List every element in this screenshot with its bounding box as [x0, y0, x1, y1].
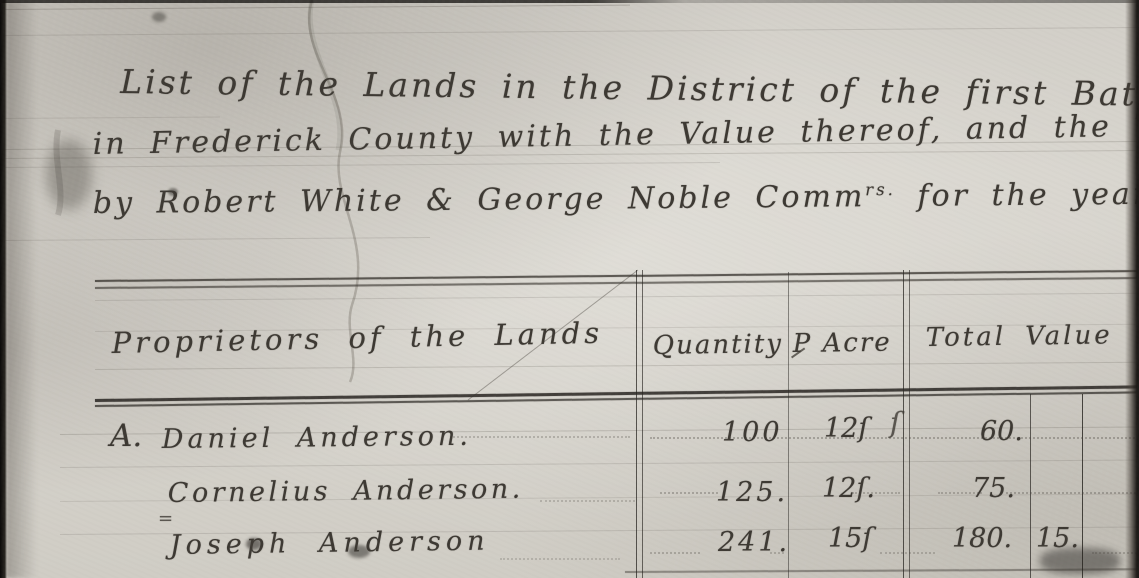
- column-divider-quantity-left: [642, 270, 643, 578]
- document-title-line-3: by Robert White & George Noble Commrs. f…: [93, 176, 1139, 221]
- bottom-row-rule: [625, 568, 1139, 573]
- dotted-leader: [450, 436, 630, 438]
- row-proprietor-name: Joseph Anderson: [170, 526, 490, 561]
- header-proprietors: Proprietors of the Lands: [111, 316, 603, 360]
- row-total-value-pounds: 75.: [972, 473, 1015, 504]
- dotted-leader: [650, 552, 700, 554]
- page-fold-shadow: [6, 0, 48, 578]
- ruled-line: [0, 5, 630, 10]
- ruled-line: [0, 162, 720, 168]
- document-title-line-1: List of the Lands in the District of the…: [120, 62, 1139, 115]
- row-proprietor-name: Daniel Anderson.: [162, 421, 472, 455]
- ink-speck: [152, 12, 166, 22]
- ink-smudge: [46, 140, 92, 210]
- row-rate-per-acre: 15ſ: [828, 523, 872, 554]
- scan-edge-left: [0, 0, 7, 578]
- ruled-line: [95, 362, 1139, 370]
- row-total-value-pounds: 60.: [980, 416, 1023, 447]
- ruled-line: [95, 293, 1139, 301]
- column-divider-quantity-left: [636, 270, 637, 578]
- scan-edge-top: [0, 0, 1139, 3]
- row-margin-mark: =: [158, 508, 173, 529]
- row-rate-per-acre: 12ſ.: [822, 473, 875, 504]
- row-quantity: 100: [722, 417, 783, 448]
- ruled-line: [0, 27, 1139, 36]
- row-total-value-pounds: 180.: [952, 523, 1012, 554]
- header-quantity: Quantity: [653, 329, 784, 361]
- stray-shilling-mark: ſ: [890, 406, 900, 439]
- scanned-ledger-page: List of the Lands in the District of the…: [0, 0, 1139, 578]
- row-total-value-shillings: 15.: [1036, 523, 1079, 554]
- title-line-3-year: for the year 1782: [896, 176, 1139, 214]
- header-per-acre: P Acre: [793, 328, 892, 359]
- column-divider-total-value: [903, 270, 904, 578]
- title-line-3-superscript: rs.: [865, 180, 896, 199]
- dotted-leader: [1006, 492, 1136, 494]
- row-rate-per-acre: 12ſ: [824, 413, 868, 444]
- dotted-leader: [660, 492, 718, 494]
- ruled-line: [60, 459, 1139, 468]
- value-subcolumn-divider: [1030, 394, 1031, 578]
- header-total-value: Total Value: [926, 320, 1113, 353]
- dotted-leader: [540, 500, 635, 502]
- dotted-leader: [880, 552, 935, 554]
- dotted-leader: [500, 558, 620, 560]
- title-line-3-text: by Robert White & George Noble Comm: [93, 179, 866, 221]
- value-subcolumn-divider: [1082, 394, 1083, 578]
- row-quantity: 241.: [718, 527, 790, 558]
- row-section-letter: A.: [110, 418, 142, 454]
- ruled-line: [0, 237, 430, 241]
- scan-edge-right: [1125, 0, 1139, 578]
- column-divider-total-value: [909, 270, 910, 578]
- row-quantity: 125.: [716, 477, 788, 508]
- row-proprietor-name: Cornelius Anderson.: [168, 474, 524, 509]
